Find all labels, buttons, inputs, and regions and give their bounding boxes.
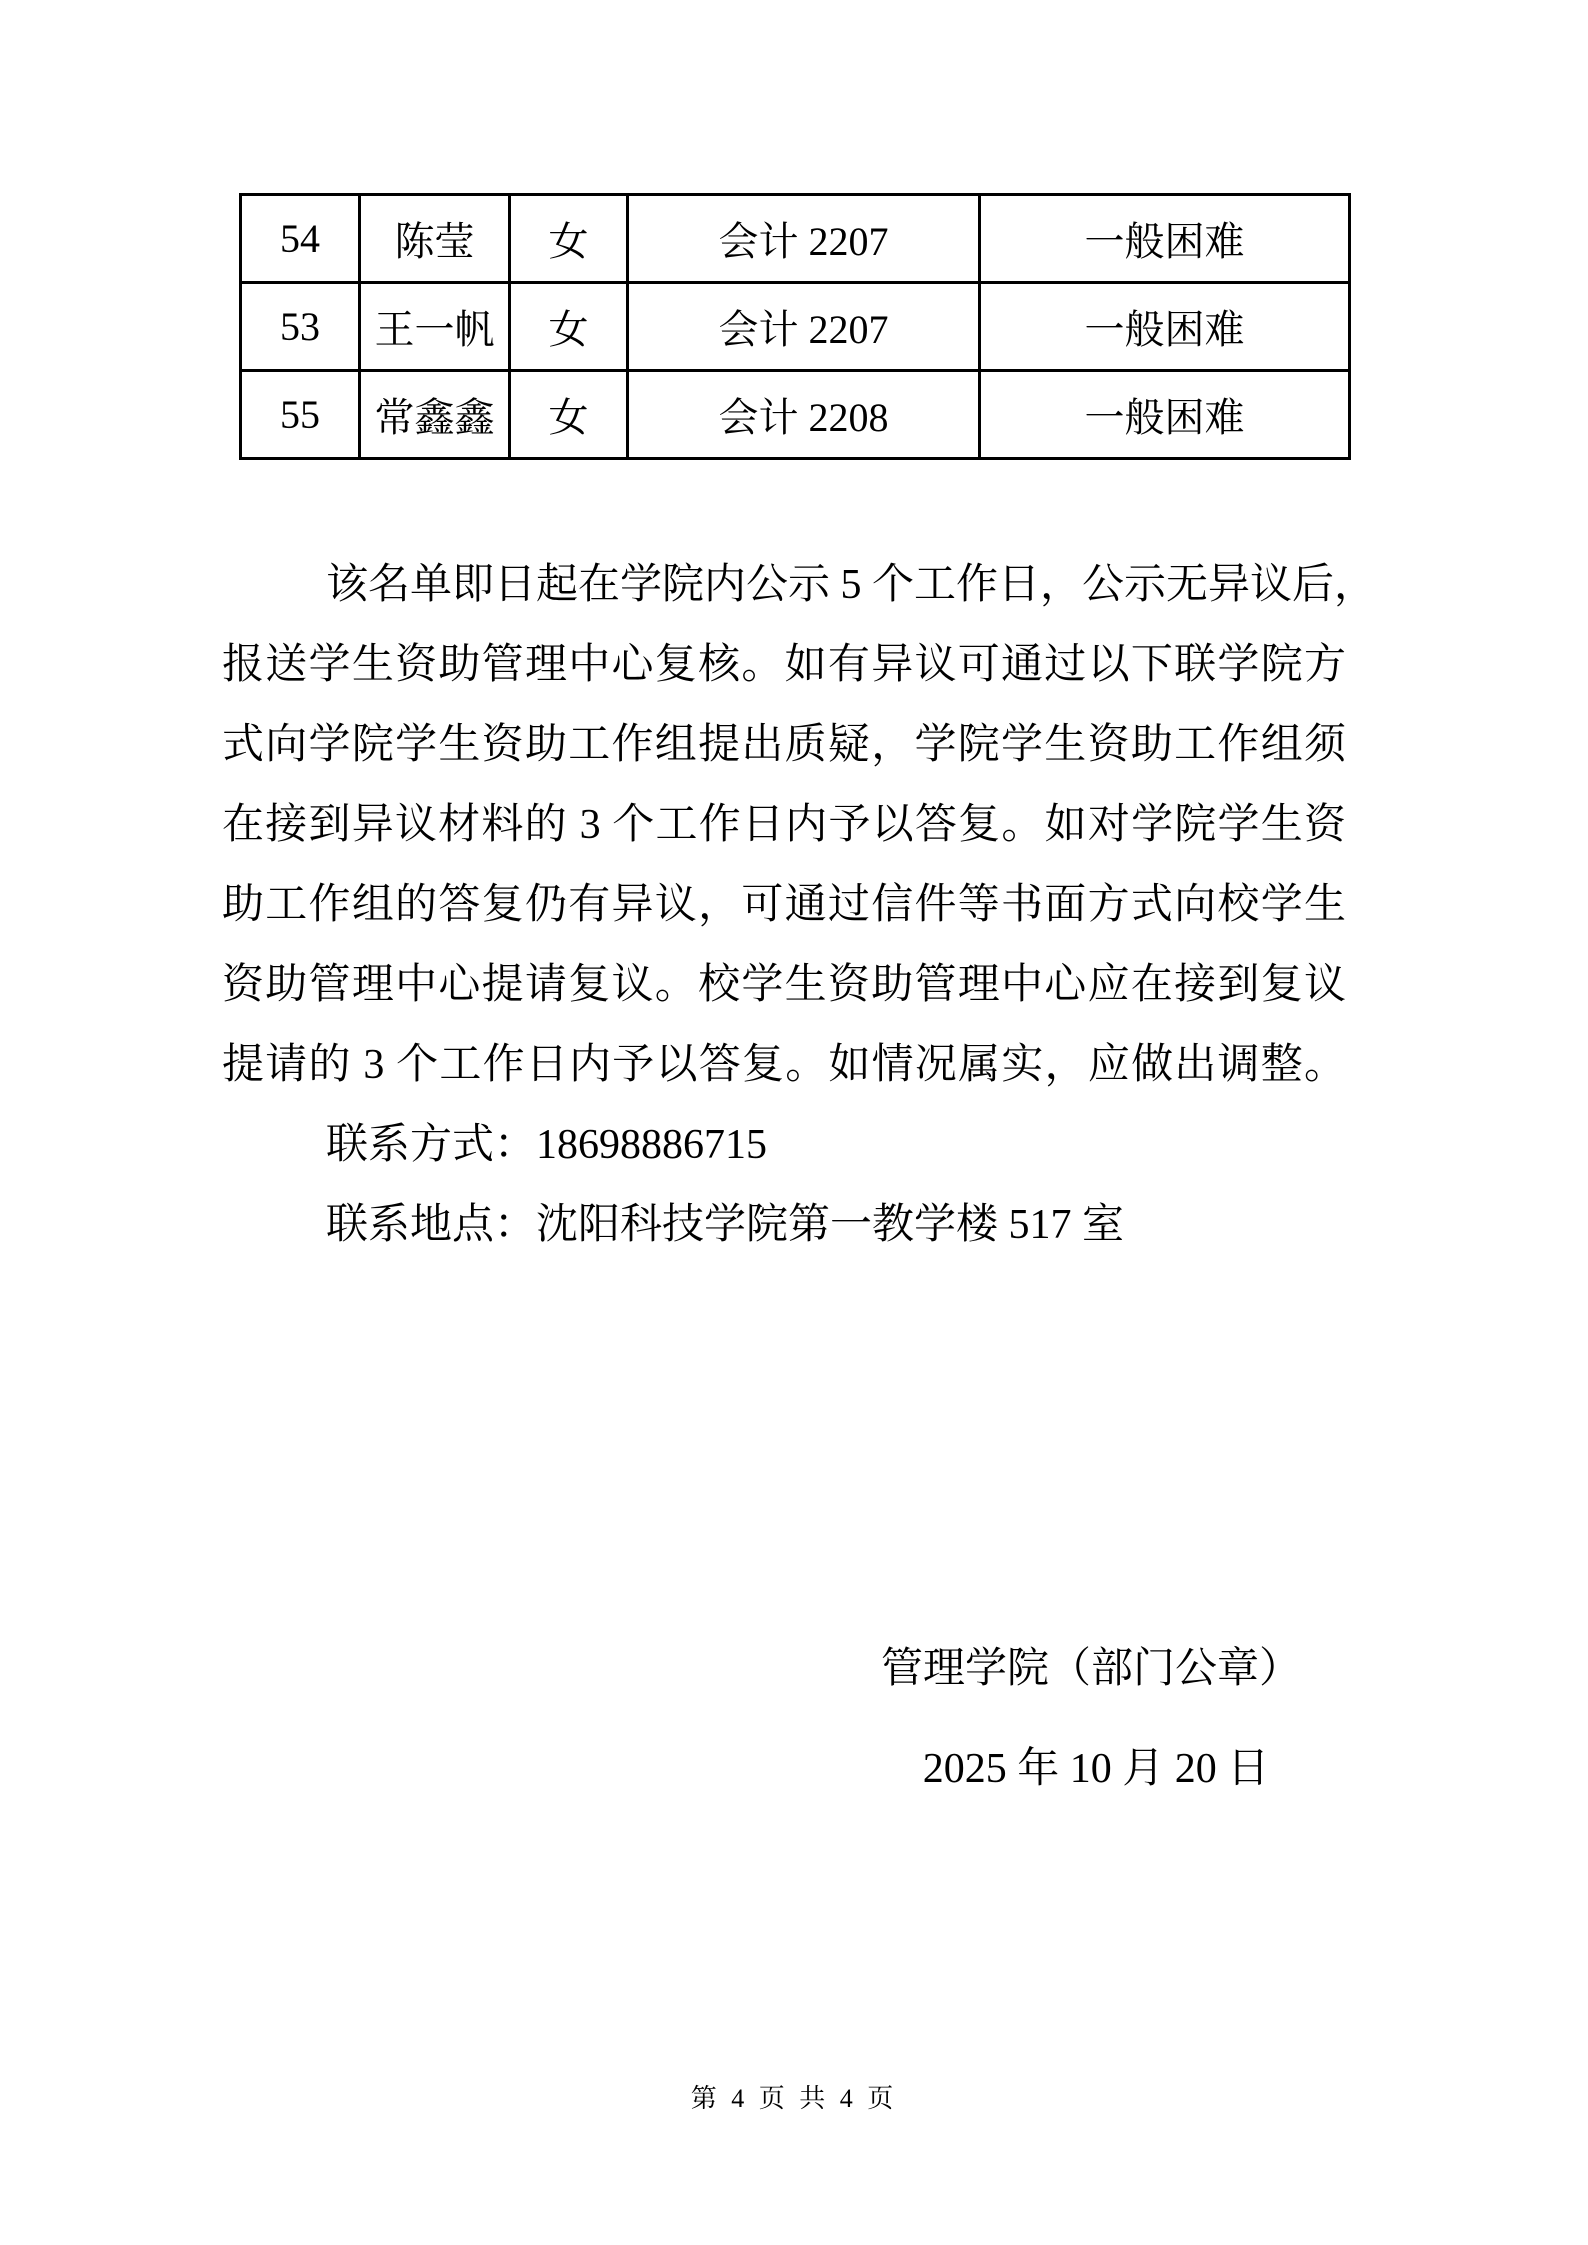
cell-gender: 女: [510, 371, 628, 459]
paragraph-line: 该名单即日起在学院内公示 5 个工作日，公示无异议后，: [222, 545, 1346, 625]
paragraph-line: 式向学院学生资助工作组提出质疑，学院学生资助工作组须: [222, 705, 1346, 785]
signature-date: 2025 年 10 月 20 日: [881, 1740, 1311, 1798]
paragraph-line: 提请的 3 个工作日内予以答复。如情况属实，应做出调整。: [222, 1025, 1346, 1105]
cell-level: 一般困难: [980, 195, 1350, 283]
signature-org: 管理学院（部门公章）: [881, 1640, 1311, 1698]
notice-paragraph: 该名单即日起在学院内公示 5 个工作日，公示无异议后， 报送学生资助管理中心复核…: [222, 545, 1346, 1265]
page-number-footer: 第 4 页 共 4 页: [0, 2078, 1588, 2115]
cell-level: 一般困难: [980, 283, 1350, 371]
cell-serial: 54: [241, 195, 360, 283]
contact-phone-line: 联系方式：18698886715: [222, 1105, 1346, 1185]
cell-gender: 女: [510, 195, 628, 283]
cell-name: 王一帆: [360, 283, 510, 371]
document-page: 54 陈莹 女 会计 2207 一般困难 53 王一帆 女 会计 2207 一般…: [0, 0, 1588, 2245]
table-row: 53 王一帆 女 会计 2207 一般困难: [241, 283, 1350, 371]
cell-serial: 53: [241, 283, 360, 371]
paragraph-line: 报送学生资助管理中心复核。如有异议可通过以下联学院方: [222, 625, 1346, 705]
contact-address-line: 联系地点：沈阳科技学院第一教学楼 517 室: [222, 1185, 1346, 1265]
paragraph-line: 助工作组的答复仍有异议，可通过信件等书面方式向校学生: [222, 865, 1346, 945]
signature-block: 管理学院（部门公章） 2025 年 10 月 20 日: [881, 1640, 1311, 1798]
cell-class: 会计 2207: [628, 283, 980, 371]
student-roster-table: 54 陈莹 女 会计 2207 一般困难 53 王一帆 女 会计 2207 一般…: [239, 193, 1351, 460]
paragraph-line: 在接到异议材料的 3 个工作日内予以答复。如对学院学生资: [222, 785, 1346, 865]
roster-table-body: 54 陈莹 女 会计 2207 一般困难 53 王一帆 女 会计 2207 一般…: [241, 195, 1350, 459]
cell-class: 会计 2208: [628, 371, 980, 459]
cell-serial: 55: [241, 371, 360, 459]
table-row: 54 陈莹 女 会计 2207 一般困难: [241, 195, 1350, 283]
paragraph-line: 资助管理中心提请复议。校学生资助管理中心应在接到复议: [222, 945, 1346, 1025]
cell-name: 常鑫鑫: [360, 371, 510, 459]
table-row: 55 常鑫鑫 女 会计 2208 一般困难: [241, 371, 1350, 459]
cell-name: 陈莹: [360, 195, 510, 283]
cell-level: 一般困难: [980, 371, 1350, 459]
cell-gender: 女: [510, 283, 628, 371]
cell-class: 会计 2207: [628, 195, 980, 283]
